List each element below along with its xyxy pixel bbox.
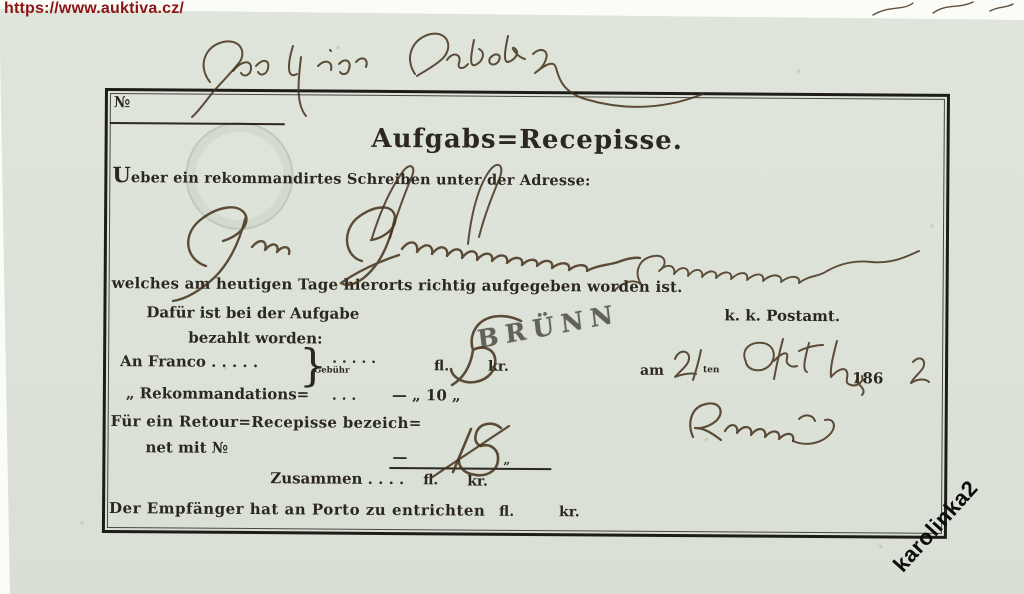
- date-ten: ten: [703, 366, 720, 376]
- confirmation-line: welches am heutigen Tage hierorts richti…: [112, 275, 683, 295]
- zusammen-kr: kr.: [467, 475, 488, 491]
- intro-line: Ueber ein rekommandirtes Schreiben unter…: [112, 163, 590, 189]
- retour-quote: „: [503, 454, 510, 467]
- retour-dash: —: [392, 449, 407, 466]
- rekomm-row-label: „ Rekommandations=: [126, 385, 310, 403]
- rekomm-leaders: . . .: [332, 389, 356, 405]
- franco-fl: fl.: [434, 359, 449, 374]
- retour-line-2: net mit №: [145, 439, 228, 456]
- date-year-printed: 186: [852, 370, 883, 387]
- porto-fl: fl.: [499, 505, 514, 520]
- porto-kr: kr.: [559, 505, 580, 521]
- zusammen-label: Zusammen . . . .: [270, 470, 404, 487]
- franco-row-label: An Franco . . . . .: [120, 353, 258, 370]
- postamt-label: k. k. Postamt.: [724, 307, 840, 324]
- rekomm-value: — „ 10 „: [392, 387, 461, 404]
- auktiva-url-watermark: https://www.auktiva.cz/: [4, 0, 184, 18]
- number-label: №: [114, 94, 130, 111]
- zusammen-fl: fl.: [423, 473, 438, 488]
- date-am: am: [640, 364, 664, 380]
- franco-kr: kr.: [488, 360, 509, 376]
- gebuehr-label: Gebühr: [314, 366, 350, 376]
- retour-line-1: Für ein Retour=Recepisse bezeich=: [111, 413, 422, 432]
- bruenn-postmark-stamp: BRÜNN: [476, 299, 621, 354]
- form-title: Aufgabs=Recepisse.: [108, 123, 947, 157]
- porto-line: Der Empfänger hat an Porto zu entrichten: [109, 500, 485, 519]
- paid-line-1: Dafür ist bei der Aufgabe: [146, 304, 359, 322]
- sum-line: [389, 467, 551, 470]
- franco-leaders: . . . . .: [332, 352, 376, 368]
- receipt-form: № Aufgabs=Recepisse. Ueber ein rekommand…: [102, 88, 950, 539]
